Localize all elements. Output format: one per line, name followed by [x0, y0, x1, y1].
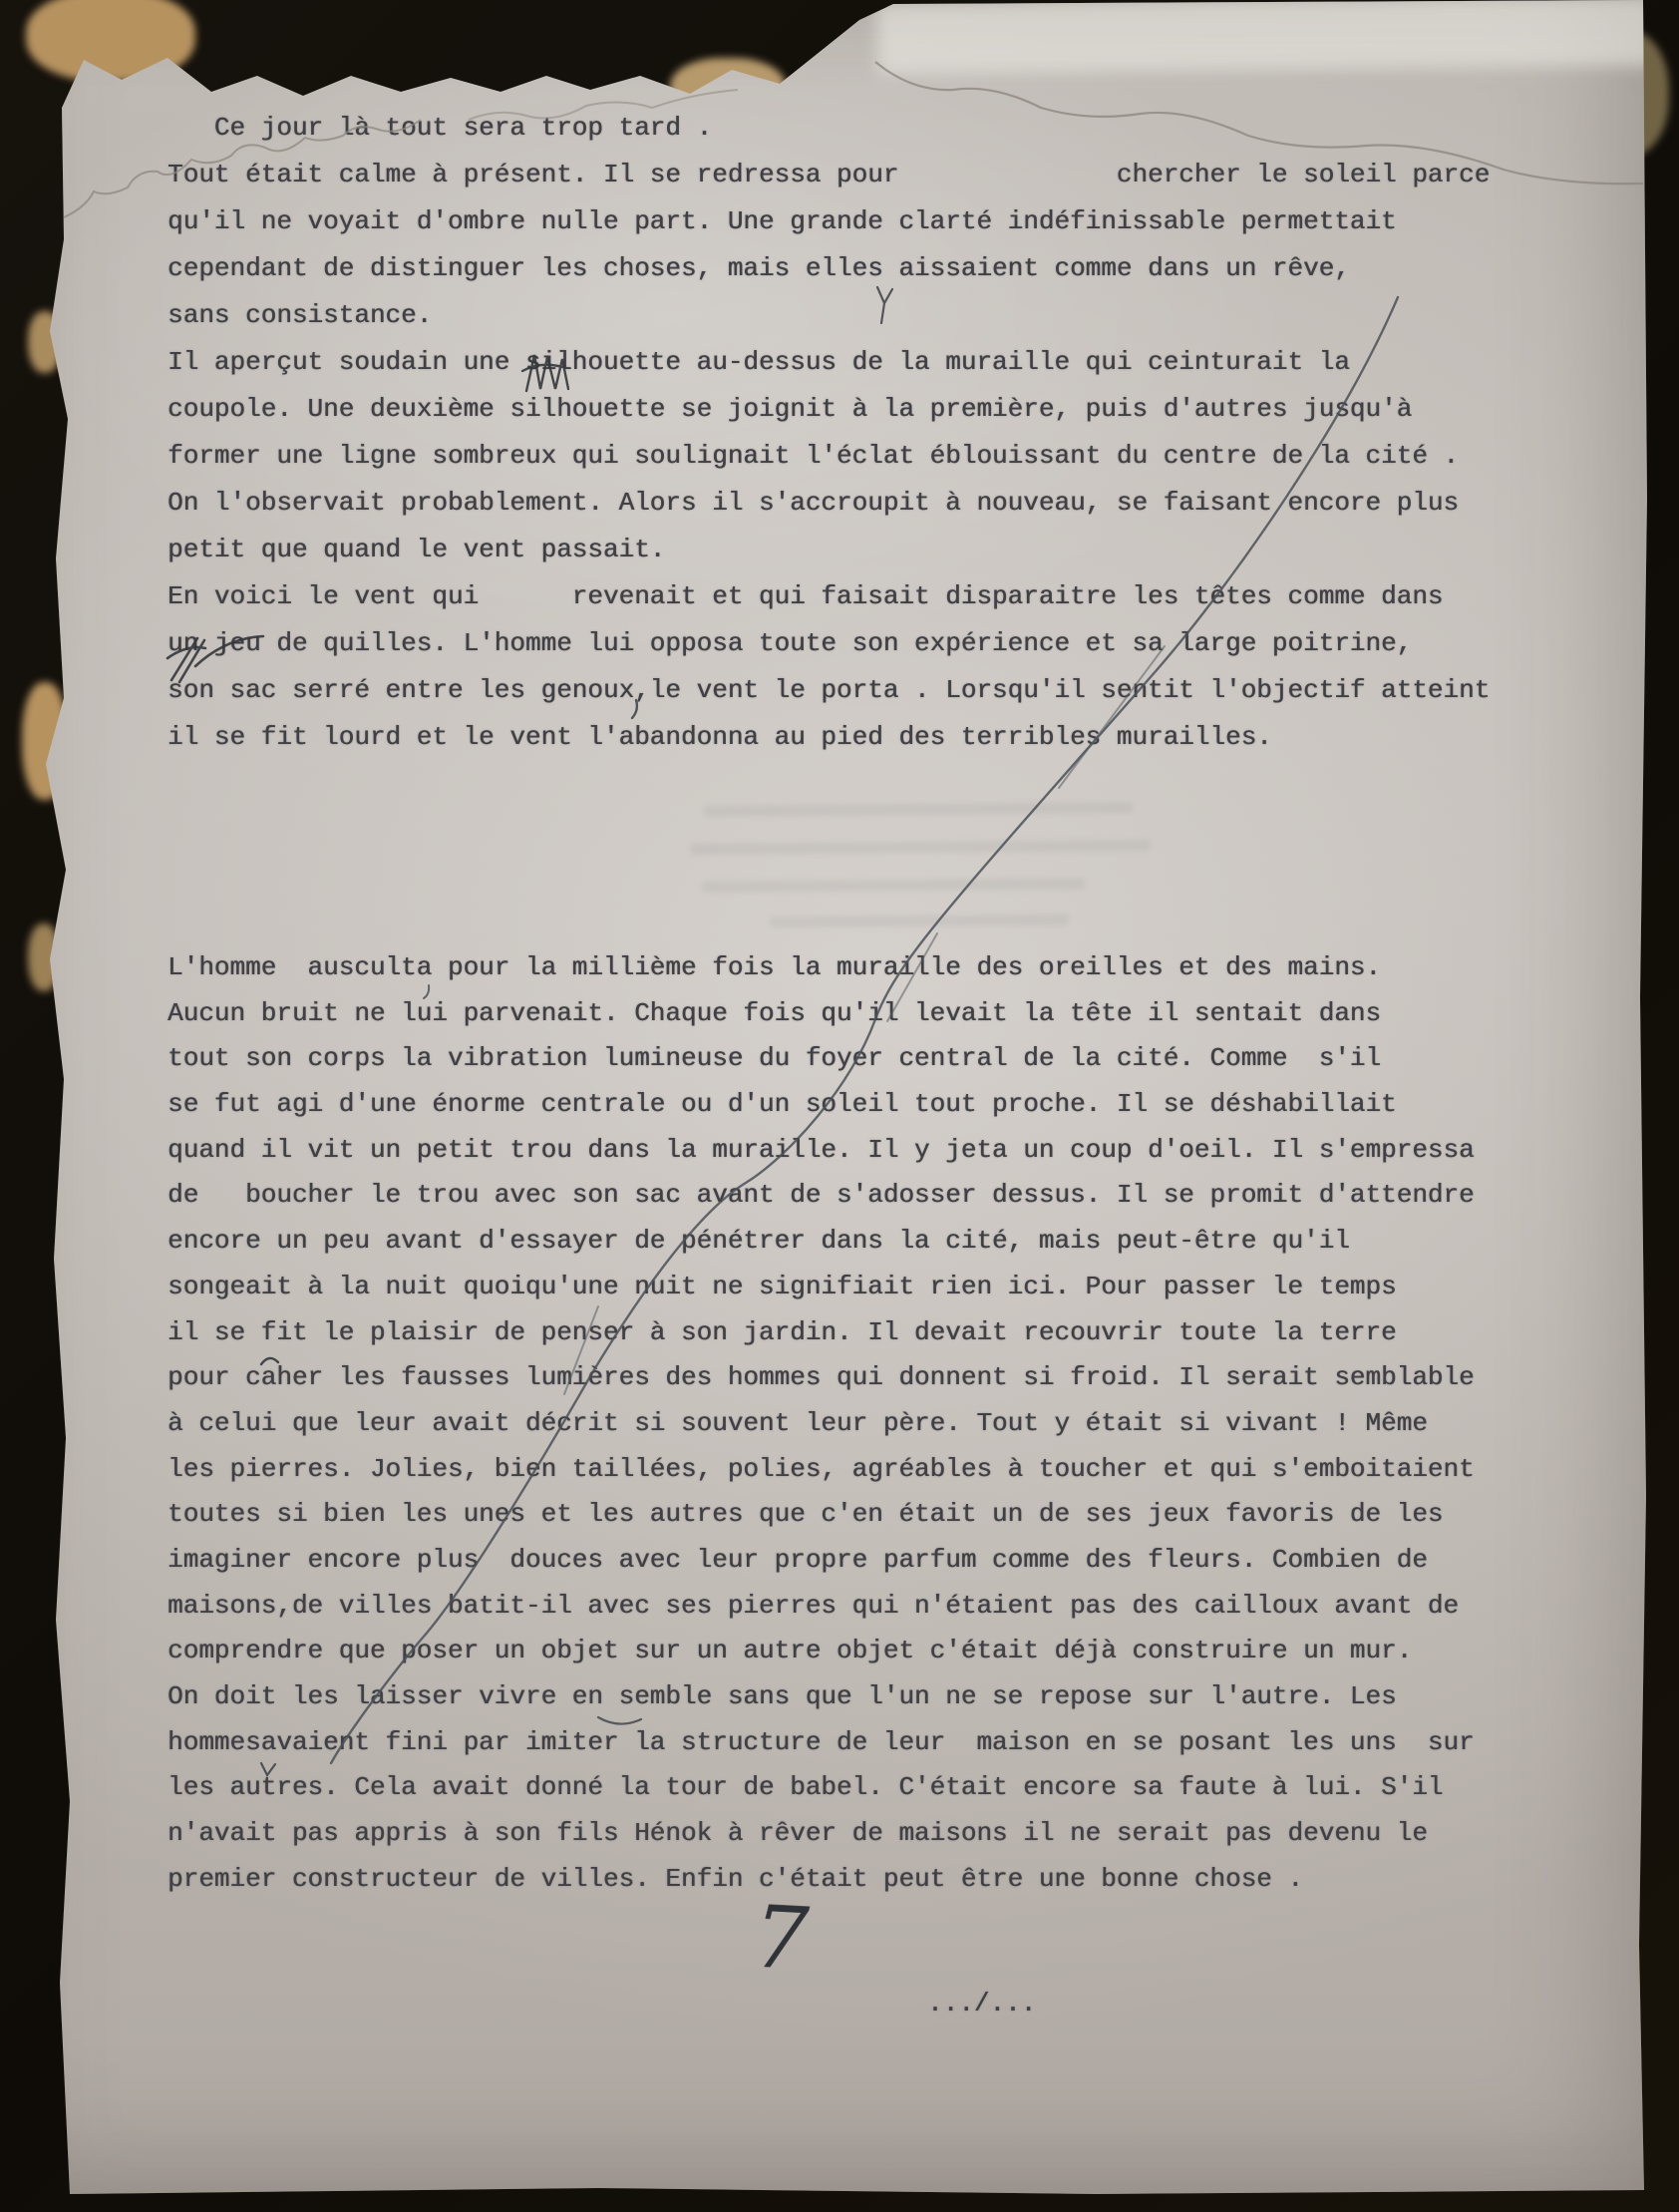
typed-line: imaginer encore plus douces avec leur pr…: [168, 1540, 1475, 1586]
typed-line: premier constructeur de villes. Enfin c'…: [168, 1859, 1475, 1905]
typed-line: L'homme ausculta pour la millième fois l…: [168, 947, 1475, 993]
typed-paragraph-lower: L'homme ausculta pour la millième fois l…: [168, 947, 1475, 1904]
typed-line: Aucun bruit ne lui parvenait. Chaque foi…: [168, 993, 1475, 1039]
typed-paragraphs-upper: Ce jour là tout sera trop tard .Tout éta…: [168, 108, 1490, 764]
typed-line: tout son corps la vibration lumineuse du…: [168, 1038, 1475, 1084]
page-number-header: - 7 -: [544, 36, 632, 66]
typed-line: Ce jour là tout sera trop tard .: [168, 108, 1490, 155]
erased-text-ghost: [770, 915, 1069, 928]
manuscript-page: - 7 - Ce jour là tout sera trop tard .To…: [0, 0, 1679, 2212]
typed-line: comprendre que poser un objet sur un aut…: [168, 1631, 1475, 1676]
typed-line: En voici le vent qui revenait et qui fai…: [168, 576, 1490, 623]
typed-line: les pierres. Jolies, bien taillées, poli…: [168, 1449, 1475, 1495]
typed-line: son sac serré entre les genoux,le vent l…: [168, 670, 1490, 717]
typed-line: il se fit lourd et le vent l'abandonna a…: [168, 717, 1490, 764]
typed-line: cependant de distinguer les choses, mais…: [168, 248, 1490, 295]
erased-text-ghost: [704, 802, 1133, 817]
typed-line: les autres. Cela avait donné la tour de …: [168, 1767, 1475, 1813]
typed-line: il se fit le plaisir de penser à son jar…: [168, 1312, 1475, 1358]
typed-line: On l'observait probablement. Alors il s'…: [168, 483, 1490, 530]
erased-text-ghost: [702, 878, 1085, 892]
torn-edge-highlight: [877, 0, 1656, 74]
erased-text-ghost: [690, 840, 1151, 855]
photo-background: - 7 - Ce jour là tout sera trop tard .To…: [0, 0, 1679, 2212]
typed-line: maisons,de villes batit-il avec ses pier…: [168, 1586, 1475, 1632]
continuation-mark: .../...: [927, 1989, 1036, 2019]
typed-line: hommesavaient fini par imiter la structu…: [168, 1722, 1475, 1768]
handwritten-page-number: 7: [751, 1888, 811, 1991]
typed-line: à celui que leur avait décrit si souvent…: [168, 1403, 1475, 1449]
typed-line: coupole. Une deuxième silhouette se joig…: [168, 389, 1490, 436]
typed-line: petit que quand le vent passait.: [168, 530, 1490, 576]
typed-line: se fut agi d'une énorme centrale ou d'un…: [168, 1084, 1475, 1130]
typed-line: On doit les laisser vivre en semble sans…: [168, 1676, 1475, 1722]
typed-line: former une ligne sombreux qui soulignait…: [168, 436, 1490, 483]
typed-line: qu'il ne voyait d'ombre nulle part. Une …: [168, 201, 1490, 248]
typed-line: encore un peu avant d'essayer de pénétre…: [168, 1221, 1475, 1267]
typed-line: n'avait pas appris à son fils Hénok à rê…: [168, 1813, 1475, 1859]
typed-line: un jeu de quilles. L'homme lui opposa to…: [168, 623, 1490, 670]
typed-line: Tout était calme à présent. Il se redres…: [168, 155, 1490, 201]
typed-line: quand il vit un petit trou dans la murai…: [168, 1130, 1475, 1176]
typed-line: toutes si bien les unes et les autres qu…: [168, 1494, 1475, 1540]
typed-line: de boucher le trou avec son sac avant de…: [168, 1175, 1475, 1221]
typed-line: sans consistance.: [168, 295, 1490, 342]
typed-line: songeait à la nuit quoiqu'une nuit ne si…: [168, 1267, 1475, 1312]
typed-line: Il aperçut soudain une silhouette au-des…: [168, 342, 1490, 389]
typed-line: pour caher les fausses lumières des homm…: [168, 1357, 1475, 1403]
